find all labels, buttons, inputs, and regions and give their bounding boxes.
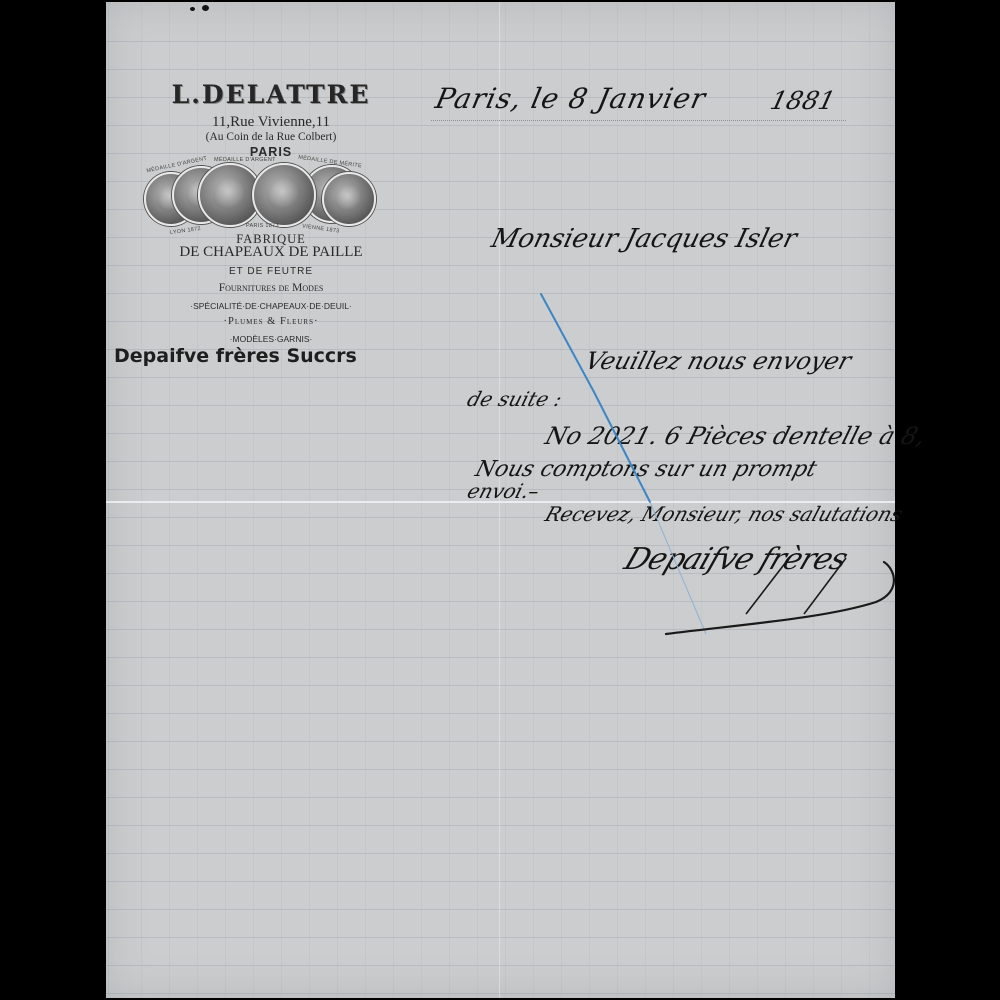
address-note: (Au Coin de la Rue Colbert) bbox=[146, 131, 396, 143]
medal-icon bbox=[322, 172, 376, 226]
letter-body-line: de suite : bbox=[465, 387, 565, 411]
letter-year: 1881 bbox=[767, 86, 838, 115]
letterhead-plumes: ·Plumes & Fleurs· bbox=[146, 316, 396, 327]
letter-paper: L.DELATTRE 11,Rue Vivienne,11 (Au Coin d… bbox=[106, 2, 895, 998]
letterhead-feutre: ET DE FEUTRE bbox=[146, 266, 396, 277]
ink-spot bbox=[190, 7, 195, 11]
letter-body-line: No 2021. 6 Pièces dentelle à 8, bbox=[542, 422, 929, 450]
medal-icon bbox=[252, 163, 316, 227]
medal-label-bottom: PARIS 1873 bbox=[246, 223, 279, 229]
letterhead-fournitures: Fournitures de Modes bbox=[146, 282, 396, 294]
letterhead-modeles: ·MODÈLES·GARNIS· bbox=[146, 334, 396, 344]
company-name: L.DELATTRE bbox=[146, 80, 396, 109]
letter-signature: Depaifve frères bbox=[620, 542, 852, 577]
company-address: 11,Rue Vivienne,11 bbox=[146, 114, 396, 131]
letterhead-successors: Depaifve frères Succrs bbox=[114, 345, 404, 367]
letterhead-chapeaux: DE CHAPEAUX DE PAILLE bbox=[146, 244, 396, 261]
letter-closing: Recevez, Monsieur, nos salutations bbox=[542, 502, 906, 526]
letter-body-line: envoi.– bbox=[465, 479, 543, 503]
medal-label-top: MÉDAILLE D'ARGENT bbox=[214, 157, 276, 163]
letterhead-specialite: ·SPÉCIALITÉ·DE·CHAPEAUX·DE·DEUIL· bbox=[146, 301, 396, 311]
letter-date: Paris, le 8 Janvier bbox=[432, 82, 709, 115]
letter-body-line: Veuillez nous envoyer bbox=[582, 347, 855, 375]
date-rule bbox=[431, 120, 846, 121]
letter-salutation: Monsieur Jacques Isler bbox=[488, 224, 800, 254]
ink-spot bbox=[202, 5, 209, 11]
